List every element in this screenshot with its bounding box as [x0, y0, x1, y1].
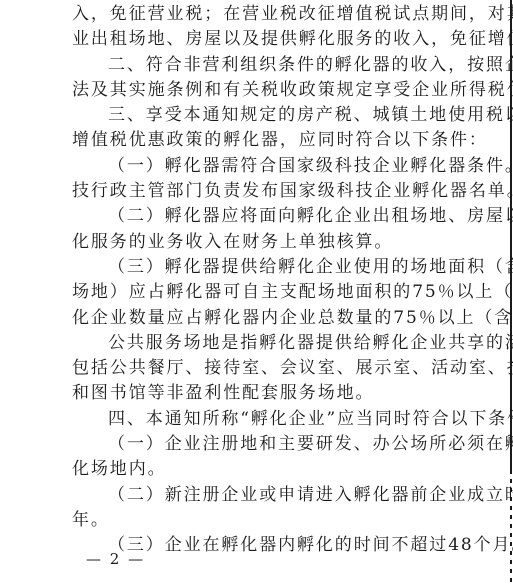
text-line: 场地）应占孵化器可自主支配场地面积的75％以上（含75％）。孵	[72, 280, 454, 305]
text-line: （二）新注册企业或申请进入孵化器前企业成立时间不超过2	[72, 483, 454, 508]
page-number: — 2 —	[86, 550, 145, 568]
text-line: 增值税优惠政策的孵化器，应同时符合以下条件：	[72, 128, 454, 153]
text-line: 化服务的业务收入在财务上单独核算。	[72, 230, 454, 255]
text-line: 包括公共餐厅、接待室、会议室、展示室、活动室、技术检测室	[72, 356, 454, 381]
body-text: 入，免征营业税；在营业税改征增值税试点期间，对其向孵化企 业出租场地、房屋以及提…	[72, 2, 454, 559]
text-line: 年。	[72, 508, 454, 533]
text-line: 入，免征营业税；在营业税改征增值税试点期间，对其向孵化企	[72, 2, 454, 27]
text-line: 法及其实施条例和有关税收政策规定享受企业所得税优惠政策。	[72, 78, 454, 103]
text-line: 业出租场地、房屋以及提供孵化服务的收入，免征增值税。	[72, 27, 454, 52]
document-page: 入，免征营业税；在营业税改征增值税试点期间，对其向孵化企 业出租场地、房屋以及提…	[0, 0, 513, 585]
text-line: （三）孵化器提供给孵化企业使用的场地面积（含公共服务	[72, 255, 454, 280]
text-line: （二）孵化器应将面向孵化企业出租场地、房屋以及提供孵	[72, 204, 454, 229]
text-line: 二、符合非营利组织条件的孵化器的收入，按照企业所得税	[72, 53, 454, 78]
text-line: 技行政主管部门负责发布国家级科技企业孵化器名单。	[72, 179, 454, 204]
text-line: （一）企业注册地和主要研发、办公场所必须在孵化器的孵	[72, 432, 454, 457]
text-line: （一）孵化器需符合国家级科技企业孵化器条件。国务院科	[72, 154, 454, 179]
text-line: 和图书馆等非盈利性配套服务场地。	[72, 381, 454, 406]
text-line: 三、享受本通知规定的房产税、城镇土地使用税以及营业税、	[72, 103, 454, 128]
text-line: 化场地内。	[72, 457, 454, 482]
text-line: 四、本通知所称“孵化企业”应当同时符合以下条件：	[72, 407, 454, 432]
text-line: 公共服务场地是指孵化器提供给孵化企业共享的活动场所，	[72, 331, 454, 356]
text-line: 化企业数量应占孵化器内企业总数量的75％以上（含75％）。	[72, 306, 454, 331]
